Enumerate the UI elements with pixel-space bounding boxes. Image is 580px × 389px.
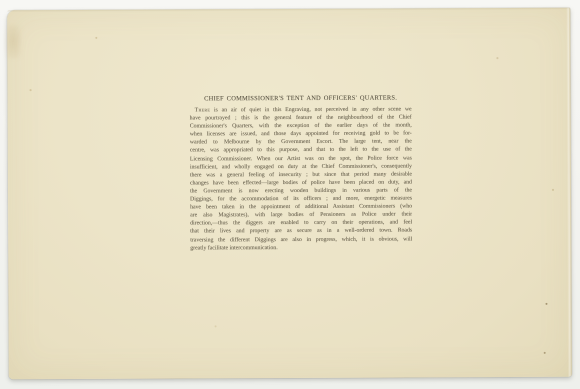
foxing-speck — [552, 189, 554, 191]
paper-sheet: CHIEF COMMISSIONER'S TENT AND OFFICERS' … — [7, 8, 572, 379]
caption-line: that their lives and property are as sec… — [190, 227, 412, 236]
caption-block: CHIEF COMMISSIONER'S TENT AND OFFICERS' … — [189, 8, 413, 378]
foxing-speck — [30, 89, 32, 91]
scan-backdrop: CHIEF COMMISSIONER'S TENT AND OFFICERS' … — [0, 0, 580, 389]
foxing-speck — [545, 303, 547, 305]
foxing-speck — [496, 57, 498, 59]
caption-line: greatly facilitate intercommunication. — [190, 243, 412, 252]
corner-stain — [5, 24, 21, 58]
foxing-speck — [544, 352, 546, 354]
foxing-speck — [95, 37, 97, 39]
caption-line: traversing the different Diggings are al… — [190, 235, 412, 244]
caption-title: CHIEF COMMISSIONER'S TENT AND OFFICERS' … — [190, 94, 412, 102]
caption-paragraph: There is an air of quiet in this Engravi… — [190, 105, 413, 252]
caption-line-text: is an air of quiet in this Engraving, no… — [210, 106, 412, 113]
caption-opening-word: There — [195, 107, 211, 113]
